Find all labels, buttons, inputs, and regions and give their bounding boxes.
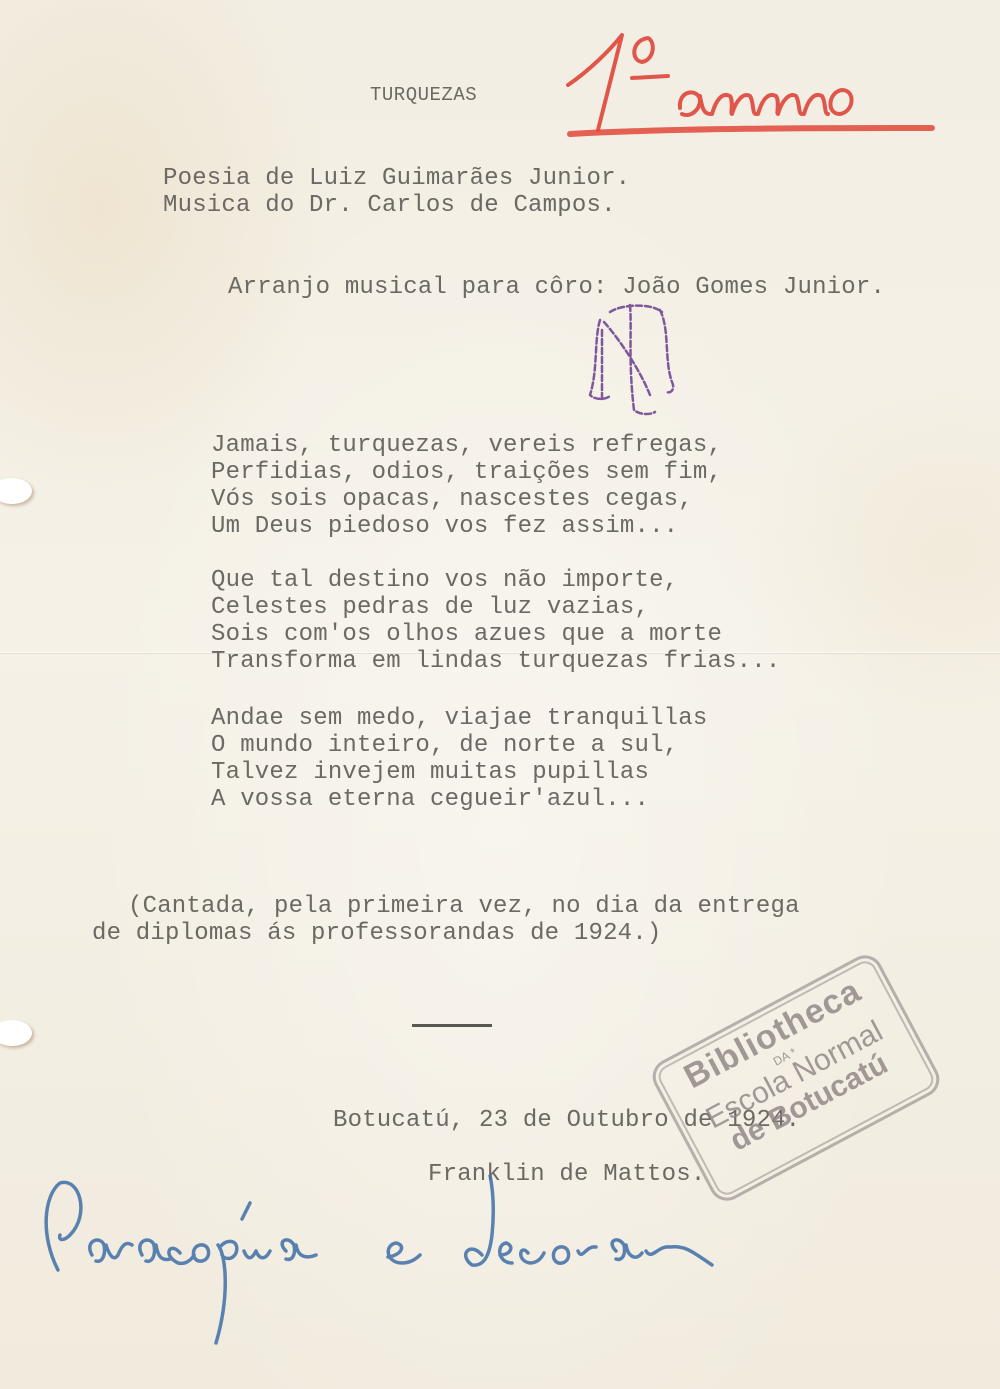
document-page: TURQUEZAS Poesia de Luiz Guimarães Junio… [0,0,1000,1389]
diagonal-crease [0,0,165,31]
stanza-2-line-3: Sois com'os olhos azues que a morte [211,621,722,648]
stanza-2-line-4: Transforma em lindas turquezas frias... [211,648,781,675]
arrangement-credit: Arranjo musical para côro: João Gomes Ju… [228,274,885,301]
stanza-1-line-3: Vós sois opacas, nascestes cegas, [211,486,693,513]
credit-music: Musica do Dr. Carlos de Campos. [163,192,616,219]
divider-rule [412,1024,492,1027]
stanza-1-line-2: Perfidias, odios, traições sem fim, [211,459,722,486]
stanza-2-line-2: Celestes pedras de luz vazias, [211,594,649,621]
performance-note-line-2: de diplomas ás professorandas de 1924.) [92,920,662,947]
stanza-3-line-3: Talvez invejem muitas pupillas [211,759,649,786]
performance-note-line-1: (Cantada, pela primeira vez, no dia da e… [128,893,800,920]
handwritten-blue-annotation [30,1175,990,1355]
document-title: TURQUEZAS [370,84,477,106]
stanza-2-line-1: Que tal destino vos não importe, [211,567,678,594]
stanza-1-line-1: Jamais, turquezas, vereis refregas, [211,432,722,459]
stanza-1-line-4: Um Deus piedoso vos fez assim... [211,513,678,540]
punch-hole-bottom [0,1020,32,1046]
stanza-3-line-2: O mundo inteiro, de norte a sul, [211,732,678,759]
stanza-3-line-4: A vossa eterna cegueir'azul... [211,786,649,813]
handwritten-red-annotation [560,30,940,140]
monogram-stamp-icon [580,300,690,420]
punch-hole-top [0,478,32,504]
stanza-3-line-1: Andae sem medo, viajae tranquillas [211,705,707,732]
credit-poetry: Poesia de Luiz Guimarães Junior. [163,165,630,192]
